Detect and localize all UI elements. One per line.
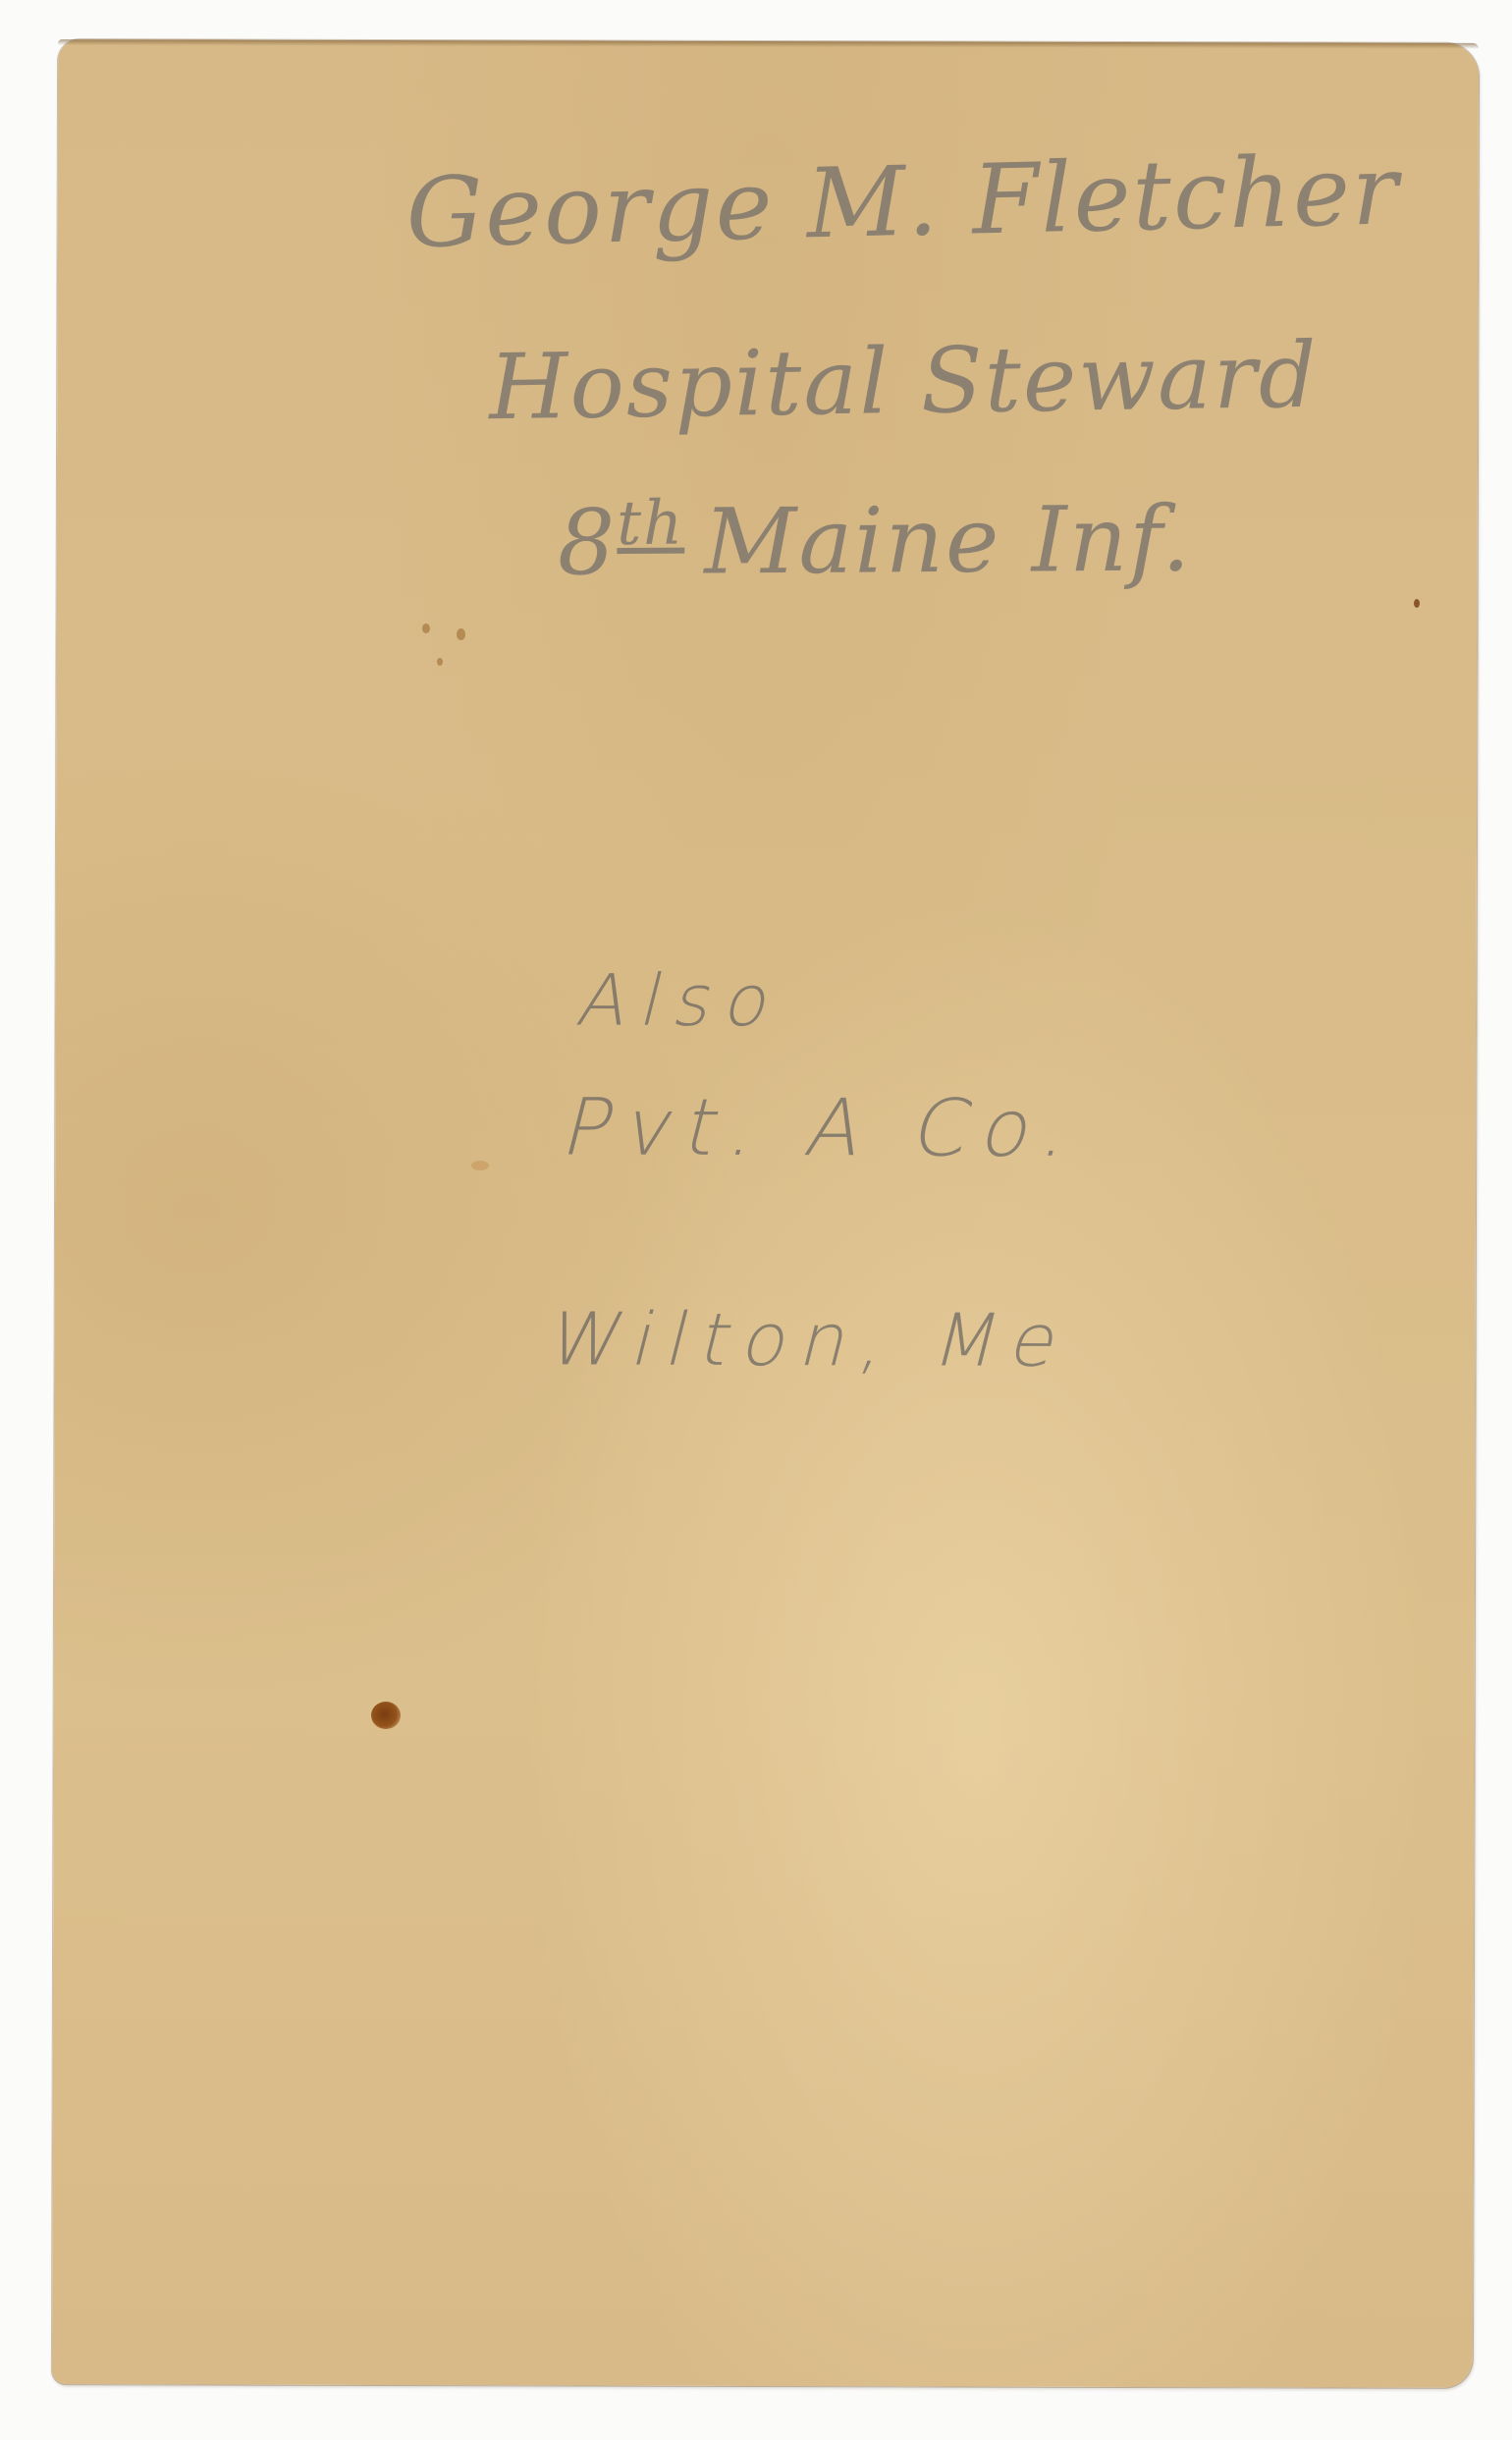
regiment-ordinal-suffix: th <box>617 487 684 559</box>
regiment-name: Maine Inf. <box>704 486 1193 594</box>
foxing-speck <box>1414 599 1420 608</box>
foxing-speck <box>471 1161 489 1170</box>
foxing-speck <box>422 624 430 633</box>
foxing-speck <box>457 628 465 640</box>
regiment-number: 8 <box>557 490 617 595</box>
inscription-hometown: Wilton, Me <box>540 1297 1082 1383</box>
inscription-name: George M. Fletcher <box>405 135 1401 270</box>
inscription-regiment: 8thMaine Inf. <box>557 483 1192 595</box>
card-back: George M. Fletcher Hospital Steward 8thM… <box>52 39 1479 2388</box>
inscription-also: Also <box>570 959 794 1042</box>
brown-stain <box>371 1702 401 1729</box>
inscription-company: Pvt. A Co. <box>555 1081 1095 1173</box>
foxing-speck <box>437 658 443 666</box>
inscription-rank: Hospital Steward <box>488 323 1319 441</box>
